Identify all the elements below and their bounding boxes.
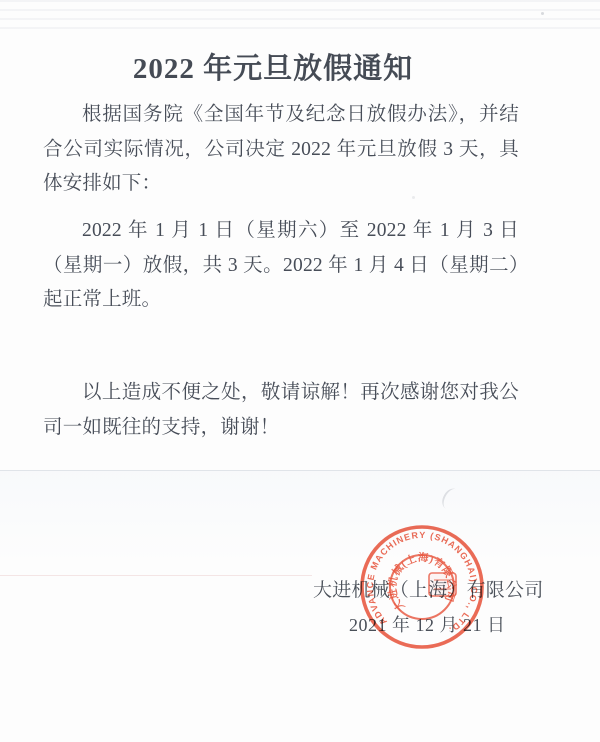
stamp-outer-ring (362, 527, 482, 647)
paragraph-intro: 根据国务院《全国年节及纪念日放假办法》，并结合公司实际情况，公司决定 2022 … (43, 98, 519, 202)
scanned-notice-page: 2022 年元旦放假通知 根据国务院《全国年节及纪念日放假办法》，并结合公司实际… (0, 0, 600, 742)
paragraph-closing: 以上造成不便之处，敬请谅解！再次感谢您对我公司一如既往的支持，谢谢！ (43, 376, 519, 445)
scan-artifact-line-2 (0, 575, 312, 576)
document-title: 2022 年元旦放假通知 (43, 46, 503, 87)
scan-speck (541, 12, 544, 15)
company-seal-stamp: ADVANCE MACHINERY (SHANGHAI) CO., LTD. 大… (347, 512, 497, 662)
paragraph-holiday-schedule: 2022 年 1 月 1 日（星期六）至 2022 年 1 月 3 日（星期一）… (43, 214, 519, 318)
scan-artifact-tint (0, 471, 600, 563)
scan-artifact-band (0, 0, 600, 34)
stamp-center-box (429, 573, 456, 596)
